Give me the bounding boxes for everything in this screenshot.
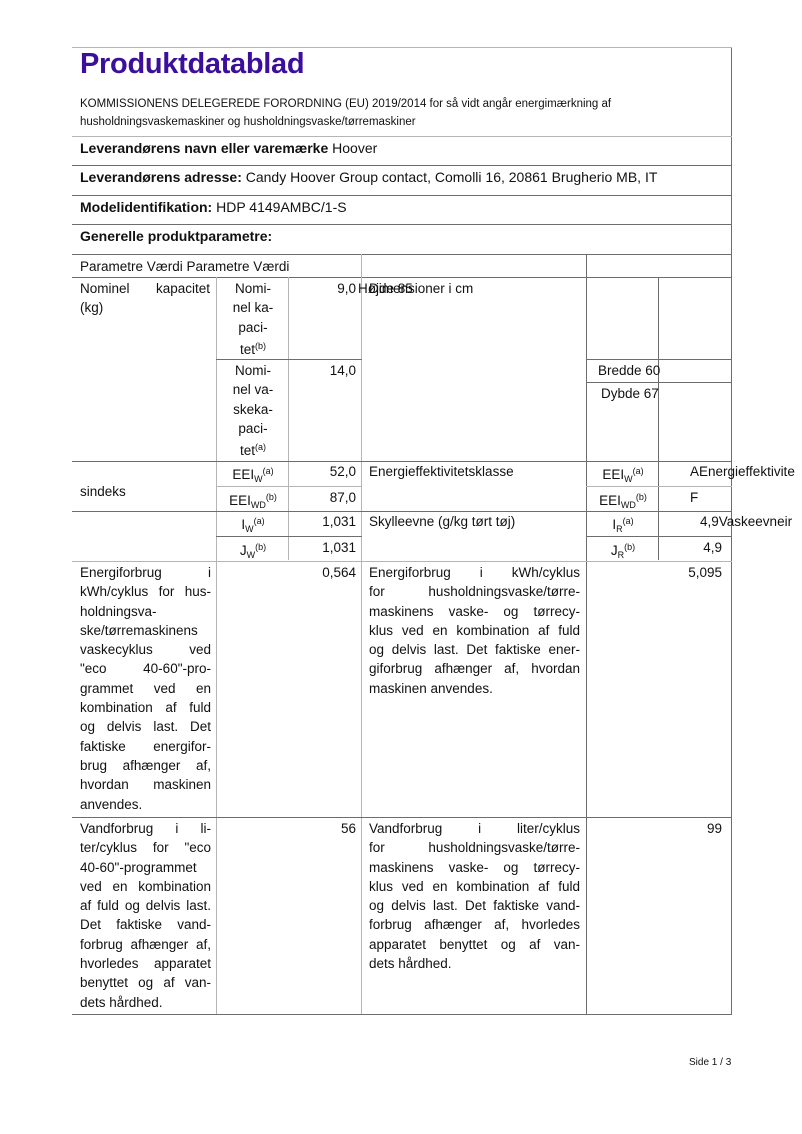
text-line: vaskecyklus ved <box>80 640 211 659</box>
text-line: og delvis last. Det faktiske ener- <box>369 640 580 659</box>
capacity-cell-1: Nomi-nel ka-paci-tet(b) <box>218 279 288 359</box>
col-line <box>288 277 289 560</box>
text-line: klus ved en kombination af fuld <box>369 621 580 640</box>
eei-wd-value: 87,0 <box>290 488 356 507</box>
sym: EEI <box>232 467 254 482</box>
sup: (a) <box>254 516 265 526</box>
page-title: Produktdatablad <box>80 48 304 81</box>
jr-value: 4,9 <box>660 538 722 557</box>
sup: (a) <box>255 442 266 452</box>
sup: (b) <box>624 542 635 552</box>
sup: (a) <box>263 466 274 476</box>
water-washer-value: 56 <box>290 819 356 838</box>
value: 4,9 <box>700 514 719 529</box>
supplier-address-value: Candy Hoover Group contact, Comolli 16, … <box>246 169 658 185</box>
text-line: maskinens vaske- og tørrecy- <box>369 602 580 621</box>
sub: W <box>254 474 263 484</box>
text-line: apparatet benyttet og af van- <box>369 935 580 954</box>
sub: W <box>245 524 254 534</box>
text-line: maskinens vaske- og tørrecy- <box>369 858 580 877</box>
text-line: Energiforbrug i kWh/cyklus <box>369 563 580 582</box>
text-line: holdningsva- <box>80 602 211 621</box>
overflow-text: Vaskeevneir <box>719 514 792 529</box>
text-line: 40-60"-programmet <box>80 858 211 877</box>
sup: (b) <box>266 492 277 502</box>
divider <box>216 486 362 487</box>
energy-washer-dryer-value: 5,095 <box>600 563 722 582</box>
text-line: Det faktiske vand- <box>80 915 211 934</box>
ir-value: 4,9Vaskeevneir <box>700 512 792 531</box>
water-washer-dryer-value: 99 <box>600 819 722 838</box>
divider <box>72 1014 732 1015</box>
rinse-label: Skylleevne (g/kg tørt tøj) <box>369 512 515 531</box>
sub: W <box>624 474 633 484</box>
divider <box>586 359 732 360</box>
text-line: giforbrug afhænger af, hvordan <box>369 659 580 678</box>
supplier-name-value: Hoover <box>332 140 377 156</box>
text-line: forbrug afhænger af, hvorledes <box>369 915 580 934</box>
divider <box>586 382 732 383</box>
text-line: klus ved en kombination af fuld <box>369 877 580 896</box>
regulation-text: KOMMISSIONENS DELEGEREDE FORORDNING (EU)… <box>80 95 720 131</box>
text-line: hvordan maskinen <box>80 775 211 794</box>
divider <box>586 486 732 487</box>
col-line <box>216 277 217 1014</box>
sub: W <box>247 550 256 560</box>
sym: EEI <box>229 493 251 508</box>
text-line: hvorledes apparatet <box>80 954 211 973</box>
text-line: for husholdningsvaske/tørre- <box>369 582 580 601</box>
sup: (a) <box>633 466 644 476</box>
table-header: Parametre Værdi Parametre Værdi <box>80 257 289 276</box>
divider <box>586 536 732 537</box>
sym: J <box>611 543 618 558</box>
sub: WD <box>251 500 266 510</box>
divider <box>72 277 732 278</box>
page-number: Side 1 / 3 <box>689 1057 731 1068</box>
divider <box>72 165 732 166</box>
capacity-cell-2: Nomi-nel va-skeka-paci-tet(a) <box>218 361 288 460</box>
model-value: HDP 4149AMBC/1-S <box>216 199 346 215</box>
supplier-address-label: Leverandørens adresse: <box>80 169 242 185</box>
text-line: faktiske energifor- <box>80 737 211 756</box>
water-left-text: Vandforbrug i li-ter/cyklus for "eco40-6… <box>80 819 211 1012</box>
jw-value: 1,031 <box>290 538 356 557</box>
water-right-text: Vandforbrug i liter/cyklusfor husholdnin… <box>369 819 580 973</box>
text-line: ter/cyklus for "eco <box>80 838 211 857</box>
supplier-address-row: Leverandørens adresse: Candy Hoover Grou… <box>80 169 657 185</box>
eei-label: sindeks <box>80 482 126 501</box>
sub: WD <box>621 500 636 510</box>
dimensions-label: Dimensioner i cm <box>369 279 473 298</box>
dimension-width: Bredde 60 <box>598 361 660 380</box>
energy-right-text: Energiforbrug i kWh/cyklusfor husholdnin… <box>369 563 580 698</box>
iw-value: 1,031 <box>290 512 356 531</box>
general-params-row: Generelle produktparametre: <box>80 228 272 244</box>
dimension-depth: Dybde 67 <box>601 384 659 403</box>
class-w-value: AEnergieffektivite <box>690 462 795 481</box>
col-line <box>586 254 587 1014</box>
capacity-value-1: 9,0 <box>290 279 356 298</box>
value: A <box>690 464 699 479</box>
text-line: brug afhænger af, <box>80 756 211 775</box>
divider <box>72 561 732 562</box>
text-line: dets hårdhed. <box>80 993 211 1012</box>
divider <box>72 224 732 225</box>
model-label: Modelidentifikation: <box>80 199 212 215</box>
text-line: og delvis last. Det faktiske vand- <box>369 896 580 915</box>
sym: EEI <box>599 493 621 508</box>
sup: (b) <box>636 492 647 502</box>
text-line: forbrug afhænger af, <box>80 935 211 954</box>
capacity-value-2: 14,0 <box>290 361 356 380</box>
text-line: maskinen anvendes. <box>369 679 580 698</box>
capacity-label: Nominel kapacitet (kg) <box>80 279 210 318</box>
sup: (a) <box>623 516 634 526</box>
divider <box>72 817 732 818</box>
text-line: og delvis last. Det <box>80 717 211 736</box>
col-line <box>658 277 659 560</box>
text-line: grammet ved en <box>80 679 211 698</box>
divider <box>72 136 732 137</box>
text-line: anvendes. <box>80 795 211 814</box>
energy-washer-value: 0,564 <box>290 563 356 582</box>
overflow-text: Energieffektivite <box>699 464 795 479</box>
sym: J <box>240 543 247 558</box>
text-line: Energiforbrug i <box>80 563 211 582</box>
divider <box>72 195 732 196</box>
text-line: dets hårdhed. <box>369 954 580 973</box>
divider <box>72 254 732 255</box>
sup: (b) <box>255 542 266 552</box>
text-line: kombination af fuld <box>80 698 211 717</box>
divider <box>216 536 362 537</box>
text-line: Vandforbrug i li- <box>80 819 211 838</box>
supplier-name-row: Leverandørens navn eller varemærke Hoove… <box>80 140 377 156</box>
sup: (b) <box>255 341 266 351</box>
general-params-label: Generelle produktparametre: <box>80 228 272 244</box>
energy-left-text: Energiforbrug ikWh/cyklus for hus-holdni… <box>80 563 211 814</box>
sym: EEI <box>602 467 624 482</box>
text-line: "eco 40-60"-pro- <box>80 659 211 678</box>
energy-class-label: Energieffektivitetsklasse <box>369 462 514 481</box>
text-line: ske/tørremaskinens <box>80 621 211 640</box>
class-wd-value: F <box>690 488 698 507</box>
text-line: benyttet og af van- <box>80 973 211 992</box>
text-line: kWh/cyklus for hus- <box>80 582 211 601</box>
text-line: for husholdningsvaske/tørre- <box>369 838 580 857</box>
supplier-name-label: Leverandørens navn eller varemærke <box>80 140 328 156</box>
eei-w-value: 52,0 <box>290 462 356 481</box>
text-line: Vandforbrug i liter/cyklus <box>369 819 580 838</box>
text-line: af fuld og delvis last. <box>80 896 211 915</box>
divider <box>216 359 362 360</box>
model-row: Modelidentifikation: HDP 4149AMBC/1-S <box>80 199 347 215</box>
col-line <box>361 254 362 1014</box>
text-line: ved en kombination <box>80 877 211 896</box>
